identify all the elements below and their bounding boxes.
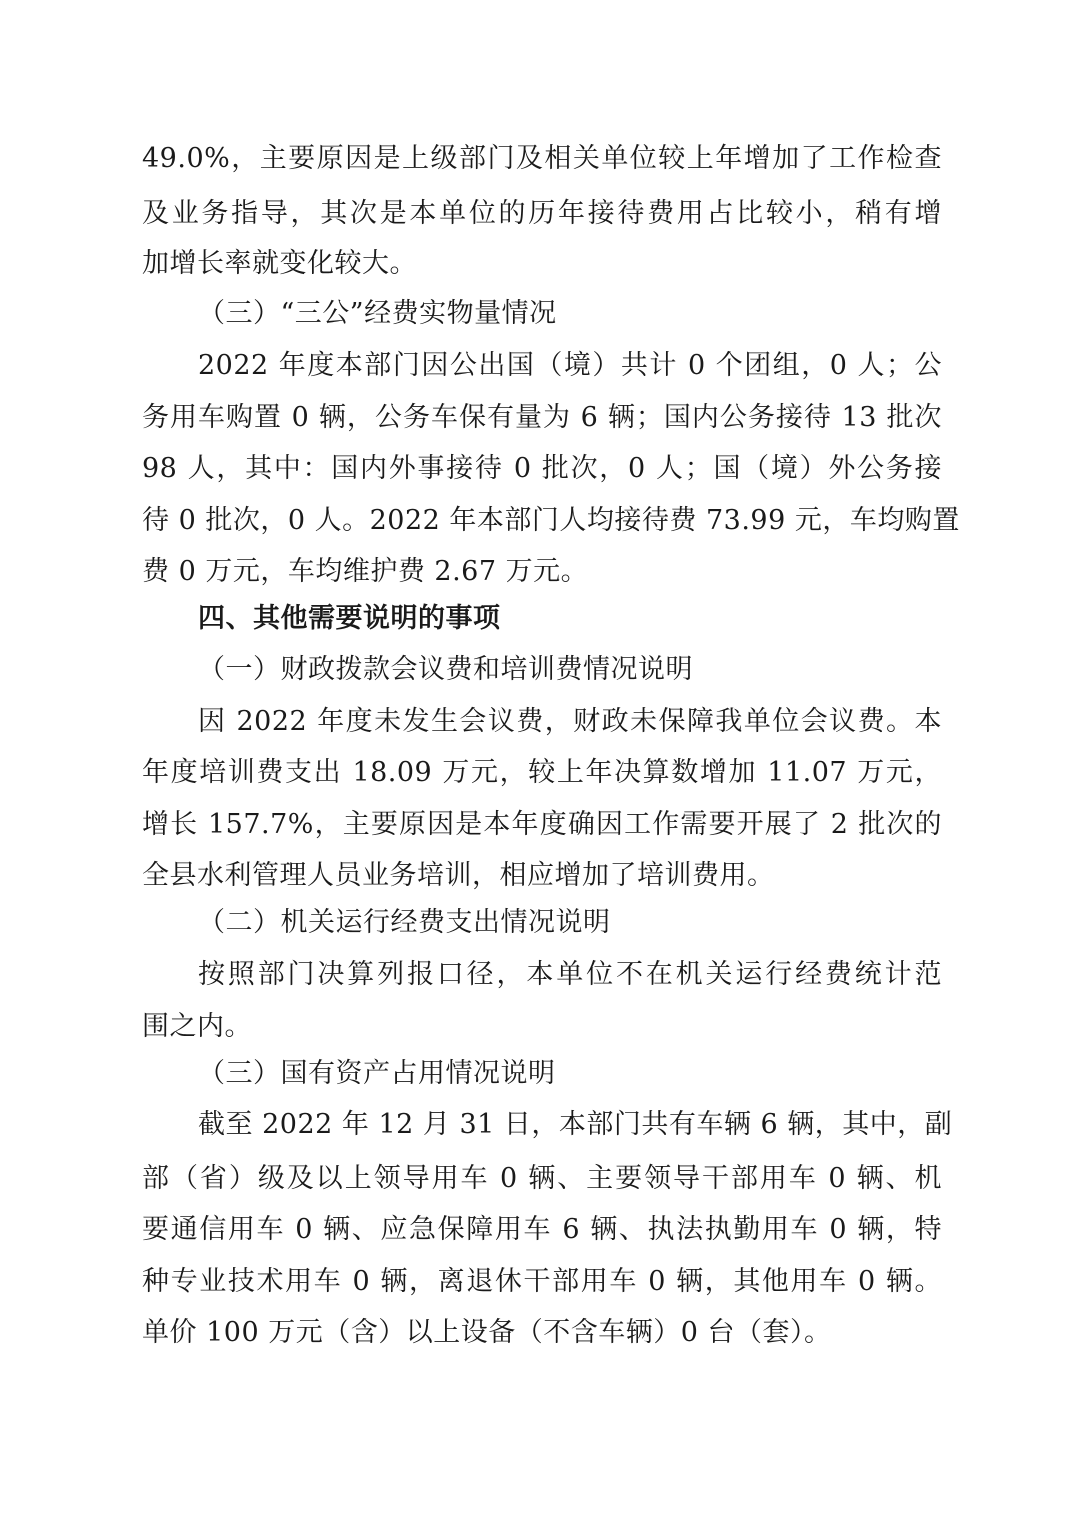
body-text-line: 要通信用车 0 辆、应急保障用车 6 辆、执法执勤用车 0 辆，特: [142, 1213, 942, 1247]
body-text-line: 增长 157.7%，主要原因是本年度确因工作需要开展了 2 批次的: [142, 808, 942, 842]
body-text-line: 98 人，其中：国内外事接待 0 批次，0 人；国（境）外公务接: [142, 452, 942, 486]
document-page: 49.0%，主要原因是上级部门及相关单位较上年增加了工作检查 及业务指导，其次是…: [0, 0, 1075, 1521]
section-heading-other-matters: 四、其他需要说明的事项: [198, 602, 998, 636]
body-text-line: 务用车购置 0 辆，公务车保有量为 6 辆；国内公务接待 13 批次: [142, 401, 942, 435]
body-text-line: 部（省）级及以上领导用车 0 辆、主要领导干部用车 0 辆、机: [142, 1162, 942, 1196]
body-text-line: 2022 年度本部门因公出国（境）共计 0 个团组，0 人；公: [198, 349, 942, 383]
body-text-line: 49.0%，主要原因是上级部门及相关单位较上年增加了工作检查: [142, 142, 942, 176]
body-text-line: 因 2022 年度未发生会议费，财政未保障我单位会议费。本: [198, 705, 942, 739]
body-text-line: 截至 2022 年 12 月 31 日，本部门共有车辆 6 辆，其中，副: [198, 1108, 942, 1142]
subheading-operating-expenses: （二）机关运行经费支出情况说明: [198, 906, 998, 940]
body-text-line: 待 0 批次，0 人。2022 年本部门人均接待费 73.99 元，车均购置: [142, 504, 942, 538]
body-text-line: 全县水利管理人员业务培训，相应增加了培训费用。: [142, 859, 942, 893]
body-text-line: 单价 100 万元（含）以上设备（不含车辆）0 台（套）。: [142, 1316, 942, 1350]
body-text-line: 加增长率就变化较大。: [142, 247, 942, 281]
body-text-line: 种专业技术用车 0 辆，离退休干部用车 0 辆，其他用车 0 辆。: [142, 1265, 942, 1299]
subheading-state-assets: （三）国有资产占用情况说明: [198, 1057, 998, 1091]
subheading-meeting-training-fees: （一）财政拨款会议费和培训费情况说明: [198, 653, 998, 687]
subheading-sangong-physical-quantity: （三）“三公”经费实物量情况: [198, 297, 998, 331]
body-text-line: 费 0 万元，车均维护费 2.67 万元。: [142, 555, 942, 589]
body-text-line: 围之内。: [142, 1010, 942, 1044]
body-text-line: 按照部门决算列报口径，本单位不在机关运行经费统计范: [198, 958, 942, 992]
body-text-line: 及业务指导，其次是本单位的历年接待费用占比较小，稍有增: [142, 197, 942, 231]
body-text-line: 年度培训费支出 18.09 万元，较上年决算数增加 11.07 万元，: [142, 756, 942, 790]
